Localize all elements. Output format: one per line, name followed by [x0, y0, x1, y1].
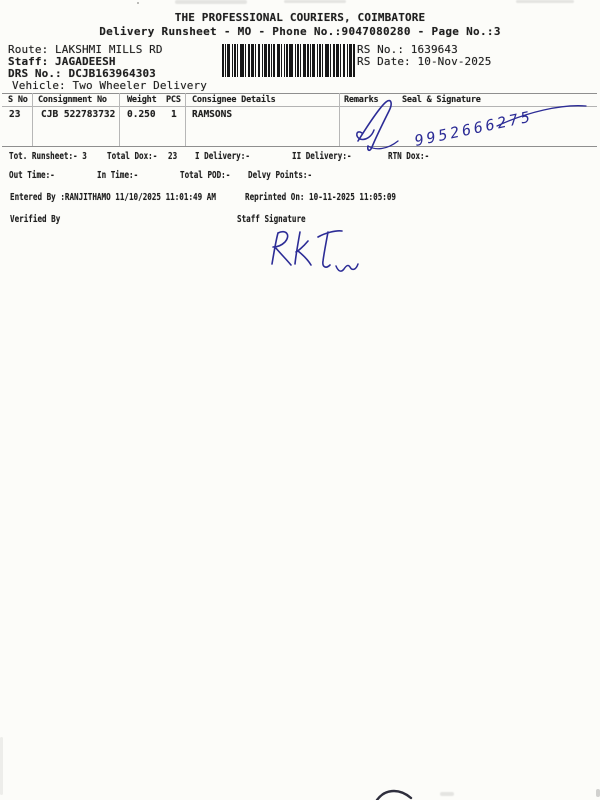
total-pod: Total POD:- — [180, 171, 230, 181]
out-time: Out Time:- — [9, 171, 55, 181]
handwritten-phone-number: 9952666275 — [402, 96, 594, 158]
rtn-dox: RTN Dox:- — [388, 152, 429, 162]
rs-date-field: RS Date: 10-Nov-2025 — [357, 56, 491, 67]
staff-signature-scribble — [260, 224, 370, 278]
col-header-sno: S No — [8, 96, 28, 105]
barcode — [222, 44, 355, 77]
scan-smudge-top-3 — [516, 0, 574, 3]
col-header-consignment: Consignment No — [38, 96, 107, 105]
row-pcs: 1 — [171, 110, 177, 120]
scan-edge-strip-left — [0, 737, 3, 795]
scanned-delivery-runsheet: THE PROFESSIONAL COURIERS, COIMBATORE De… — [0, 0, 600, 800]
entered-by: Entered By :RANJITHAMO 11/10/2025 11:01:… — [10, 193, 216, 203]
table-top-border — [2, 93, 597, 94]
col-header-pcs: PCS — [166, 96, 181, 105]
drs-no-field: DRS No.: DCJB163964303 — [8, 68, 156, 79]
table-col-divider-1 — [32, 93, 33, 146]
i-delivery: I Delivery:- — [195, 152, 250, 162]
table-col-divider-2 — [119, 93, 120, 146]
verified-by-label: Verified By — [10, 215, 60, 225]
table-col-divider-3 — [185, 93, 186, 146]
row-consignee: RAMSONS — [192, 110, 232, 120]
reprinted-on: Reprinted On: 10-11-2025 11:05:09 — [245, 193, 396, 203]
delvy-points: Delvy Points:- — [248, 171, 312, 181]
col-header-weight: Weight — [127, 96, 157, 105]
scan-mark-bottom-right — [596, 789, 600, 797]
rs-no-field: RS No.: 1639643 — [357, 44, 458, 55]
company-title: THE PROFESSIONAL COURIERS, COIMBATORE — [0, 12, 600, 23]
route-field: Route: LAKSHMI MILLS RD — [8, 44, 163, 55]
cutoff-ink-mark-bottom — [374, 789, 414, 800]
total-dox-value: 23 — [168, 152, 177, 162]
staff-field: Staff: JAGADEESH — [8, 56, 116, 67]
in-time: In Time:- — [97, 171, 138, 181]
tot-runsheet: Tot. Runsheet:- 3 — [9, 152, 87, 162]
row-consignment: CJB 522783732 — [41, 110, 115, 120]
table-col-divider-4 — [339, 93, 340, 146]
scan-dot — [137, 2, 139, 4]
svg-text:9952666275: 9952666275 — [413, 107, 534, 150]
ii-delivery: II Delivery:- — [292, 152, 351, 162]
col-header-consignee: Consignee Details — [192, 96, 276, 105]
scan-smudge-bottom — [440, 792, 454, 796]
total-dox-label: Total Dox:- — [107, 152, 157, 162]
row-weight: 0.250 — [127, 110, 156, 120]
runsheet-subtitle: Delivery Runsheet - MO - Phone No.:90470… — [0, 26, 600, 37]
scan-smudge-top-1 — [175, 0, 247, 4]
row-sno: 23 — [9, 110, 20, 120]
vehicle-field: Vehicle: Two Wheeler Delivery — [12, 80, 207, 91]
scan-smudge-top-2 — [284, 0, 346, 3]
